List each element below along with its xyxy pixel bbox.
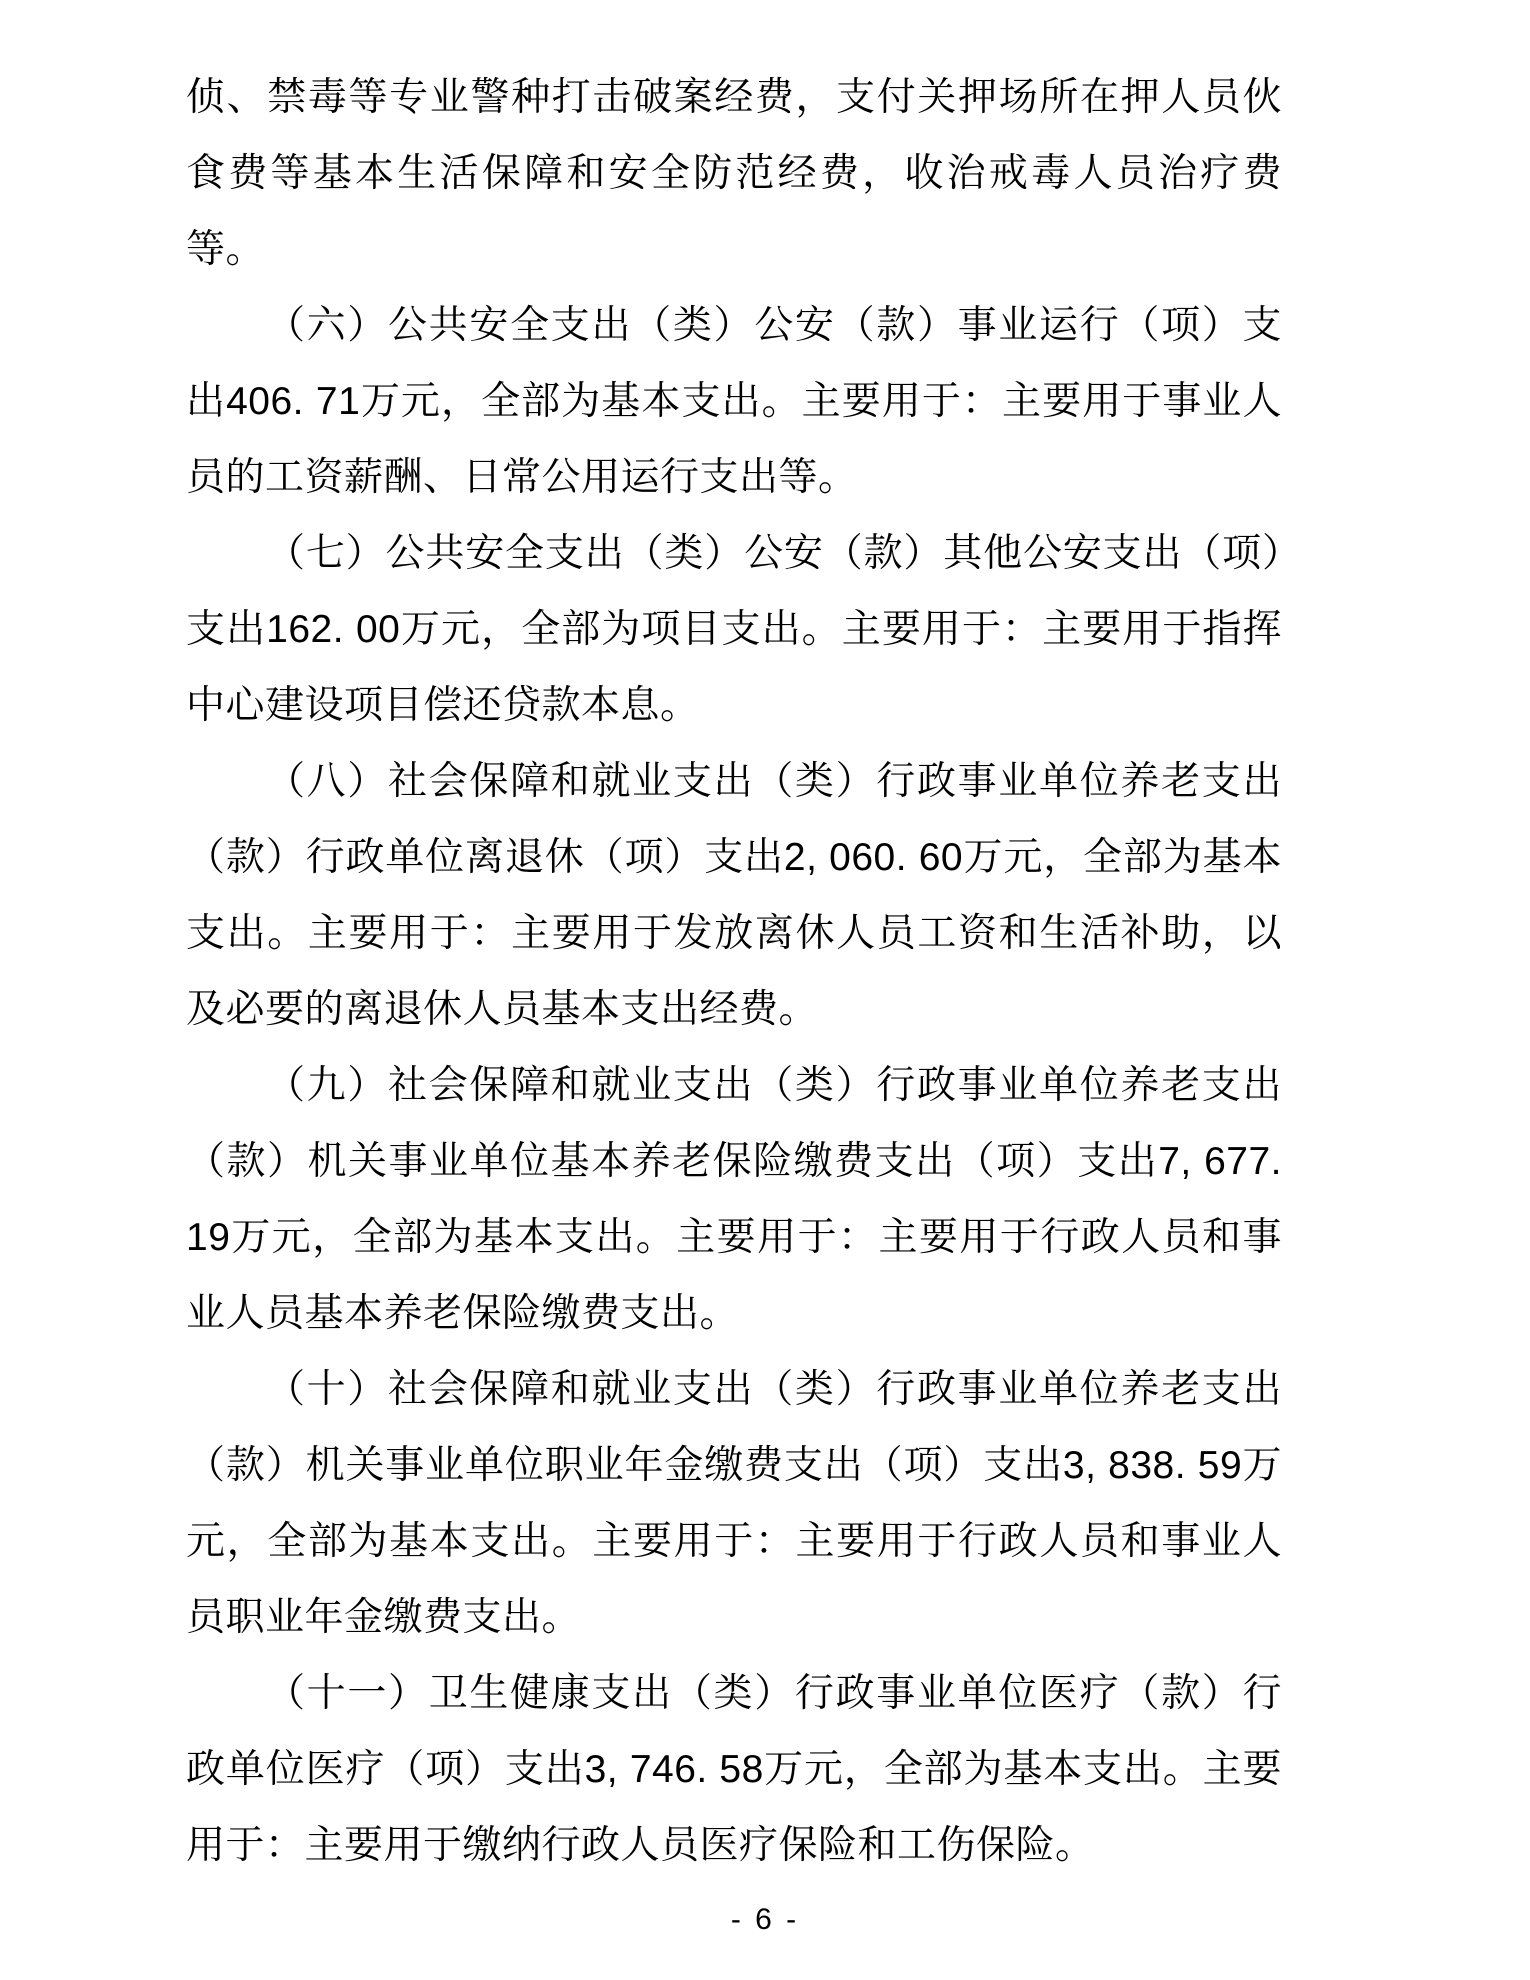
page-number: - 6 -	[731, 1903, 799, 1936]
paragraph-item-11: （十一）卫生健康支出（类）行政事业单位医疗（款）行政单位医疗（项）支出3, 74…	[186, 1656, 1282, 1884]
document-body: 侦、禁毒等专业警种打击破案经费，支付关押场所在押人员伙食费等基本生活保障和安全防…	[186, 60, 1282, 1884]
page-footer: - 6 -	[0, 1900, 1530, 1940]
paragraph-item-9: （九）社会保障和就业支出（类）行政事业单位养老支出（款）机关事业单位基本养老保险…	[186, 1048, 1282, 1352]
document-page: 侦、禁毒等专业警种打击破案经费，支付关押场所在押人员伙食费等基本生活保障和安全防…	[0, 0, 1530, 1980]
paragraph-item-7: （七）公共安全支出（类）公安（款）其他公安支出（项）支出162. 00万元，全部…	[186, 516, 1282, 744]
paragraph-item-10: （十）社会保障和就业支出（类）行政事业单位养老支出（款）机关事业单位职业年金缴费…	[186, 1352, 1282, 1656]
paragraph-item-6: （六）公共安全支出（类）公安（款）事业运行（项）支出406. 71万元，全部为基…	[186, 288, 1282, 516]
paragraph-item-8: （八）社会保障和就业支出（类）行政事业单位养老支出（款）行政单位离退休（项）支出…	[186, 744, 1282, 1048]
paragraph-continuation: 侦、禁毒等专业警种打击破案经费，支付关押场所在押人员伙食费等基本生活保障和安全防…	[186, 60, 1282, 288]
